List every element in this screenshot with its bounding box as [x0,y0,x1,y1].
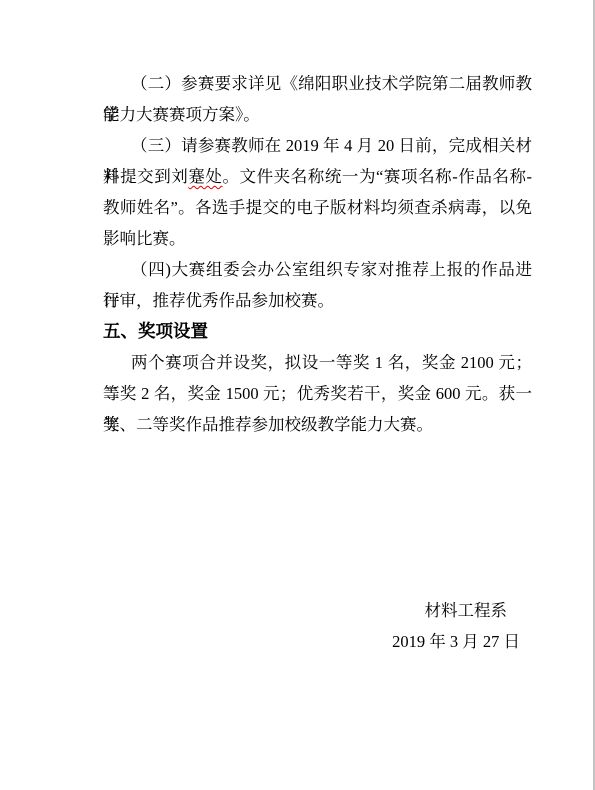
body-line: 评审，推荐优秀作品参加校赛。 [103,285,532,316]
document-body: （二）参赛要求详见《绵阳职业技术学院第二届教师教学 能力大赛赛项方案》。 （三）… [103,68,532,657]
body-line: 并提交到刘蹇处。文件夹名称统一为“赛项名称-作品名称- [103,161,532,192]
body-line: （三）请参赛教师在 2019 年 4 月 20 日前，完成相关材料 [103,130,532,161]
body-line: 两个赛项合并设奖，拟设一等奖 1 名，奖金 2100 元；二 [103,347,532,378]
body-text: 。文件夹名称统一为“赛项名称-作品名称- [222,167,532,186]
document-page: { "colors": { "text": "#000000", "page_b… [0,0,595,790]
body-line: 能力大赛赛项方案》。 [103,99,532,130]
body-line: 影响比赛。 [103,223,532,254]
signature-date: 2019 年 3 月 27 日 [103,626,532,657]
body-line: 奖、二等奖作品推荐参加校级教学能力大赛。 [103,409,532,440]
body-text: 并提交到刘 [103,167,188,186]
body-line: 教师姓名”。各选手提交的电子版材料均须查杀病毒，以免 [103,192,532,223]
misspelled-text: 蹇处 [188,167,222,186]
body-line: 等奖 2 名，奖金 1500 元；优秀奖若干，奖金 600 元。获一等 [103,378,532,409]
body-line: （四)大赛组委会办公室组织专家对推荐上报的作品进行 [103,254,532,285]
body-line: （二）参赛要求详见《绵阳职业技术学院第二届教师教学 [103,68,532,99]
signature-department: 材料工程系 [103,595,532,626]
section-heading: 五、奖项设置 [103,316,532,347]
